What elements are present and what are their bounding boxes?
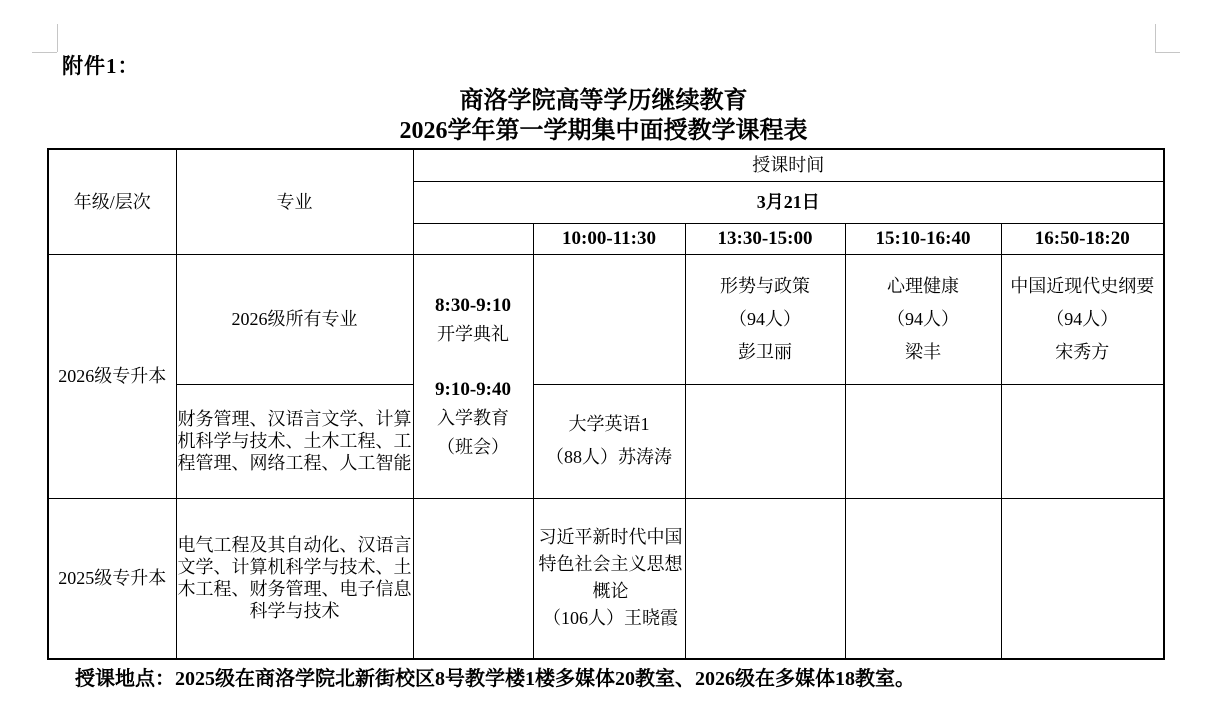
margin-mark-line — [1155, 24, 1156, 52]
header-grade-level: 年级/层次 — [48, 149, 176, 254]
cell-empty — [413, 498, 533, 659]
cell-empty — [1001, 498, 1164, 659]
course-teacher: 彭卫丽 — [686, 336, 845, 369]
margin-mark-line — [32, 52, 57, 53]
course-name: 形势与政策 — [686, 270, 845, 303]
margin-mark-line — [1155, 52, 1180, 53]
course-count: （94人） — [846, 303, 1001, 336]
cell-course-xi-thought: 习近平新时代中国特色社会主义思想概论 （106人）王晓霞 — [533, 498, 685, 659]
morning-event-2-note: （班会） — [414, 433, 533, 462]
footer-note: 授课地点：2025级在商洛学院北新街校区8号教学楼1楼多媒体20教室、2026级… — [75, 662, 1175, 691]
header-teaching-time: 授课时间 — [413, 149, 1164, 181]
cell-empty — [1001, 384, 1164, 498]
cell-grade-2025: 2025级专升本 — [48, 498, 176, 659]
header-slot-1: 10:00-11:30 — [533, 223, 685, 254]
course-teacher: 梁丰 — [846, 336, 1001, 369]
header-morning-slot-empty — [413, 223, 533, 254]
margin-mark-line — [57, 24, 58, 52]
course-name: 习近平新时代中国特色社会主义思想概论 — [537, 524, 685, 605]
course-name: 大学英语1 — [534, 408, 685, 441]
cell-empty — [685, 384, 845, 498]
morning-time-1: 8:30-9:10 — [414, 291, 533, 320]
attachment-label: 附件1： — [62, 50, 140, 80]
cell-course-psych: 心理健康 （94人） 梁丰 — [845, 254, 1001, 384]
cell-major-list-2025: 电气工程及其自动化、汉语言文学、计算机科学与技术、土木工程、财务管理、电子信息科… — [176, 498, 413, 659]
cell-course-history: 中国近现代史纲要 （94人） 宋秀方 — [1001, 254, 1164, 384]
header-slot-4: 16:50-18:20 — [1001, 223, 1164, 254]
cell-grade-2026: 2026级专升本 — [48, 254, 176, 498]
course-count: （94人） — [686, 303, 845, 336]
cell-course-policy: 形势与政策 （94人） 彭卫丽 — [685, 254, 845, 384]
document-title: 商洛学院高等学历继续教育 2026学年第一学期集中面授教学课程表 — [0, 86, 1207, 146]
course-count: （94人） — [1002, 303, 1164, 336]
header-slot-2: 13:30-15:00 — [685, 223, 845, 254]
header-date: 3月21日 — [413, 181, 1164, 223]
cell-empty — [845, 384, 1001, 498]
cell-major-list-2026: 财务管理、汉语言文学、计算机科学与技术、土木工程、工程管理、网络工程、人工智能 — [176, 384, 413, 498]
cell-morning-session: 8:30-9:10 开学典礼 9:10-9:40 入学教育 （班会） — [413, 254, 533, 498]
course-people: （88人）苏涛涛 — [534, 441, 685, 474]
cell-empty — [845, 498, 1001, 659]
course-schedule-table: 年级/层次 专业 授课时间 3月21日 10:00-11:30 13:30-15… — [47, 148, 1165, 660]
title-line-2: 2026学年第一学期集中面授教学课程表 — [0, 116, 1207, 146]
course-teacher: 宋秀方 — [1002, 336, 1164, 369]
header-slot-3: 15:10-16:40 — [845, 223, 1001, 254]
course-name: 心理健康 — [846, 270, 1001, 303]
morning-event-2: 入学教育 — [414, 404, 533, 433]
morning-event-1: 开学典礼 — [414, 320, 533, 349]
cell-major-all-2026: 2026级所有专业 — [176, 254, 413, 384]
cell-course-english: 大学英语1 （88人）苏涛涛 — [533, 384, 685, 498]
title-line-1: 商洛学院高等学历继续教育 — [0, 86, 1207, 116]
header-major: 专业 — [176, 149, 413, 254]
course-name: 中国近现代史纲要 — [1002, 270, 1164, 303]
morning-time-2: 9:10-9:40 — [414, 375, 533, 404]
cell-empty — [685, 498, 845, 659]
course-people: （106人）王晓霞 — [537, 605, 685, 632]
cell-empty — [533, 254, 685, 384]
